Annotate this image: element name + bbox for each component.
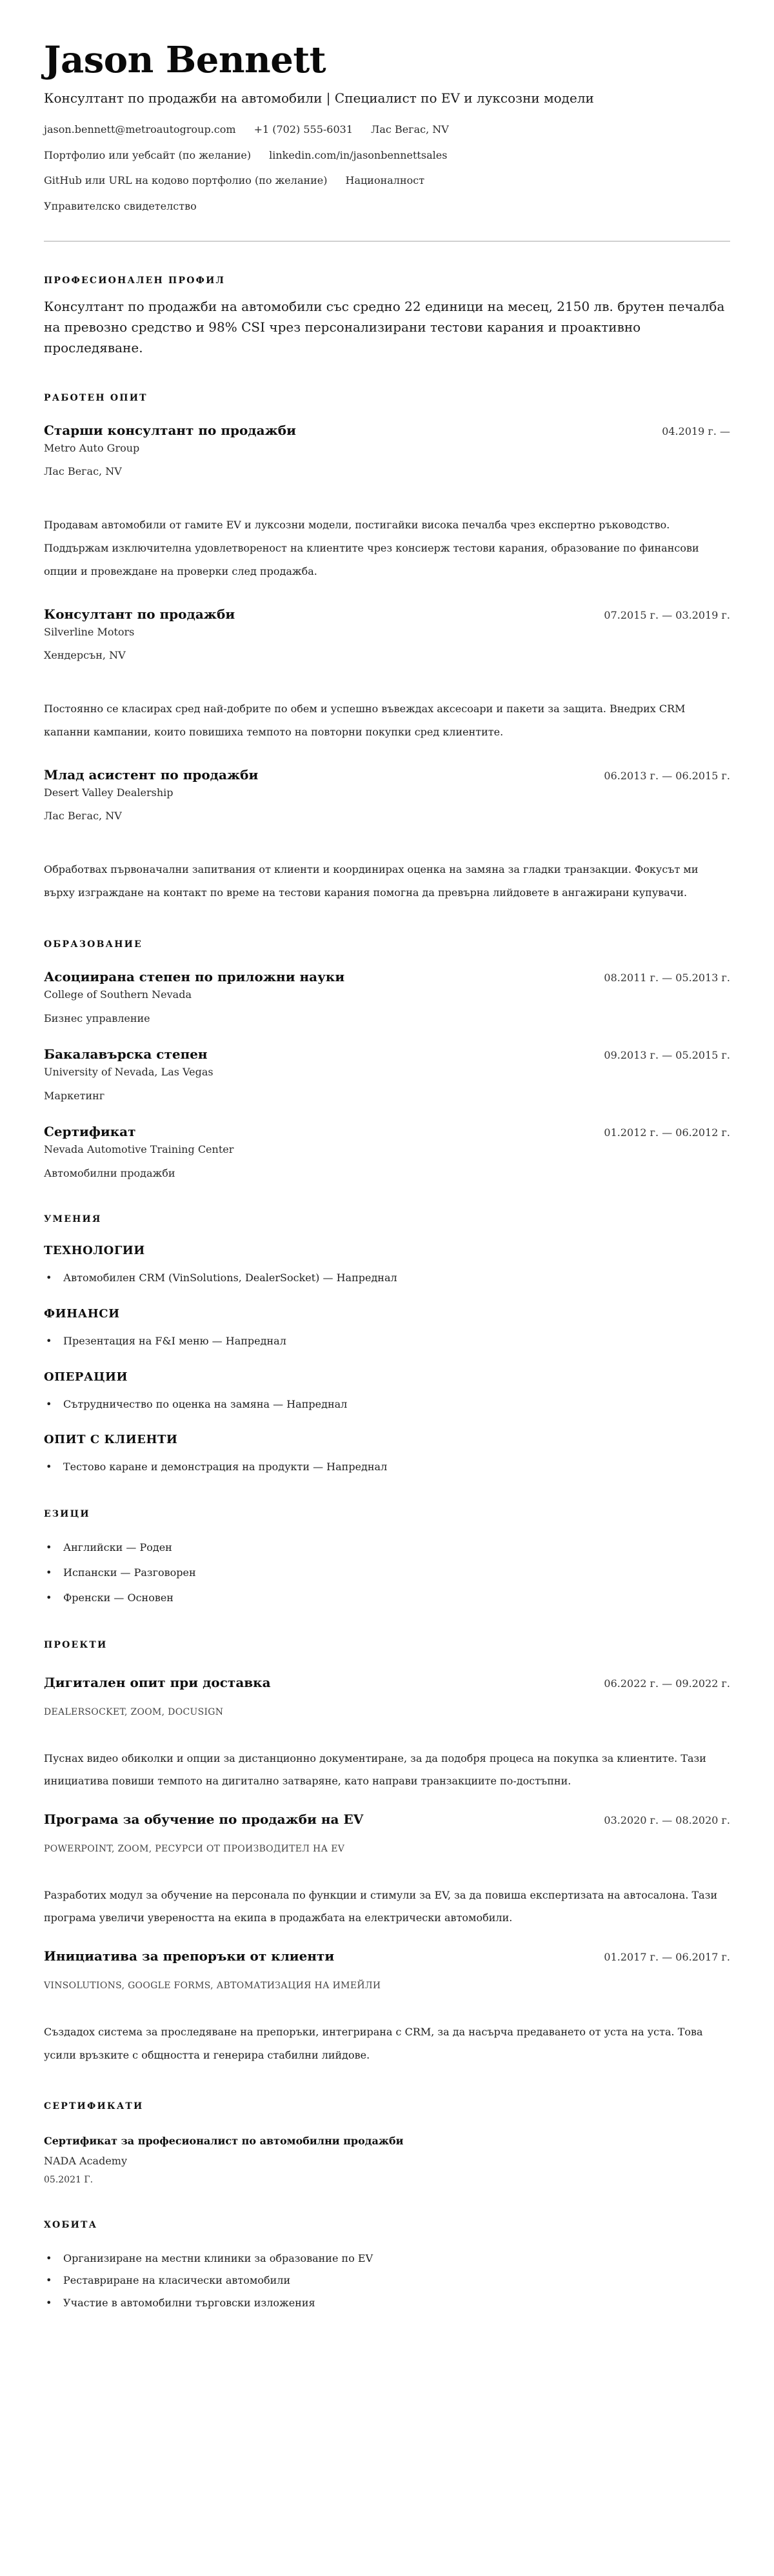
contact-link[interactable]: jason.bennett@metroautogroup.com	[44, 123, 236, 135]
section-title-hobbies: Хобита	[44, 2220, 730, 2230]
hobby-item: Реставриране на класически автомобили	[44, 2274, 730, 2288]
contact-item: Управителско свидетелство	[44, 200, 197, 212]
contact-item: Националност	[346, 174, 425, 186]
hobby-item: Участие в автомобилни търговски изложени…	[44, 2297, 730, 2310]
entry-header: Програма за обучение по продажби на EV03…	[44, 1812, 730, 1827]
skill-item: Автомобилен CRM (VinSolutions, DealerSoc…	[44, 1272, 730, 1285]
job-dates: 06.2013 г. — 06.2015 г.	[604, 770, 730, 782]
project-title: Програма за обучение по продажби на EV	[44, 1812, 363, 1827]
project-tech-stack: DealerSocket, Zoom, DocuSign	[44, 1707, 730, 1717]
degree-title: Сертификат	[44, 1124, 136, 1139]
work-entry: Старши консултант по продажби04.2019 г. …	[44, 423, 730, 583]
section-profile: Професионален профил Консултант по прода…	[44, 275, 730, 358]
work-entry: Консултант по продажби07.2015 г. — 03.20…	[44, 606, 730, 744]
education-entry: Сертификат01.2012 г. — 06.2012 г.Nevada …	[44, 1124, 730, 1179]
section-title-languages: Езици	[44, 1509, 730, 1519]
resume-page: Jason Bennett Консултант по продажби на …	[0, 0, 774, 2310]
education-dates: 01.2012 г. — 06.2012 г.	[604, 1126, 730, 1139]
language-item: Английски — Роден	[44, 1541, 730, 1555]
job-location: Хендерсън, NV	[44, 649, 730, 661]
project-description: Разработих модул за обучение на персонал…	[44, 1884, 730, 1929]
section-title-education: Образование	[44, 939, 730, 950]
education-entry: Асоциирана степен по приложни науки08.20…	[44, 969, 730, 1024]
project-tech-stack: VinSolutions, Google Forms, автоматизаци…	[44, 1981, 730, 1991]
section-title-certificates: Сертификати	[44, 2101, 730, 2112]
contact-row: GitHub или URL на кодово портфолио (по ж…	[44, 174, 730, 188]
entry-header: Инициатива за препоръки от клиенти01.201…	[44, 1948, 730, 1964]
institution: College of Southern Nevada	[44, 988, 730, 1001]
entry-header: Сертификат01.2012 г. — 06.2012 г.	[44, 1124, 730, 1139]
job-description: Постоянно се класирах сред най-добрите п…	[44, 697, 730, 744]
skill-item: Сътрудничество по оценка на замяна — Нап…	[44, 1398, 730, 1412]
project-dates: 03.2020 г. — 08.2020 г.	[604, 1814, 730, 1826]
skill-list: Сътрудничество по оценка на замяна — Нап…	[44, 1398, 730, 1412]
project-title: Инициатива за препоръки от клиенти	[44, 1948, 334, 1964]
job-title: Млад асистент по продажби	[44, 767, 258, 783]
skill-list: Презентация на F&I меню — Напреднал	[44, 1335, 730, 1348]
education-dates: 09.2013 г. — 05.2015 г.	[604, 1049, 730, 1061]
candidate-headline: Консултант по продажби на автомобили | С…	[44, 90, 730, 106]
section-languages: Езици Английски — РоденИспански — Разгов…	[44, 1509, 730, 1604]
skill-group-title: Финанси	[44, 1307, 730, 1321]
contact-row: Портфолио или уебсайт (по желание)linked…	[44, 149, 730, 163]
language-item: Френски — Основен	[44, 1592, 730, 1605]
profile-summary: Консултант по продажби на автомобили със…	[44, 296, 730, 358]
section-title-work: Работен опит	[44, 393, 730, 403]
job-dates: 07.2015 г. — 03.2019 г.	[604, 609, 730, 621]
contact-item: Лас Вегас, NV	[371, 123, 449, 135]
skill-list: Автомобилен CRM (VinSolutions, DealerSoc…	[44, 1272, 730, 1285]
degree-title: Бакалавърска степен	[44, 1046, 208, 1062]
section-projects: Проекти Дигитален опит при доставка06.20…	[44, 1640, 730, 2066]
employer: Desert Valley Dealership	[44, 786, 730, 799]
project-dates: 06.2022 г. — 09.2022 г.	[604, 1677, 730, 1690]
entry-header: Старши консултант по продажби04.2019 г. …	[44, 423, 730, 438]
institution: University of Nevada, Las Vegas	[44, 1066, 730, 1078]
contact-link[interactable]: linkedin.com/in/jasonbennettsales	[269, 149, 447, 161]
section-education: Образование Асоциирана степен по приложн…	[44, 939, 730, 1179]
certificate-entry: Сертификат за професионалист по автомоби…	[44, 2135, 730, 2185]
skill-item: Тестово каране и демонстрация на продукт…	[44, 1461, 730, 1474]
entry-header: Асоциирана степен по приложни науки08.20…	[44, 969, 730, 984]
project-tech-stack: PowerPoint, Zoom, ресурси от производите…	[44, 1844, 730, 1854]
hobby-item: Организиране на местни клиники за образо…	[44, 2252, 730, 2266]
project-dates: 01.2017 г. — 06.2017 г.	[604, 1951, 730, 1963]
contact-info: jason.bennett@metroautogroup.com+1 (702)…	[44, 123, 730, 214]
section-title-projects: Проекти	[44, 1640, 730, 1650]
skill-group-title: Технологии	[44, 1244, 730, 1257]
skill-item: Презентация на F&I меню — Напреднал	[44, 1335, 730, 1348]
header-divider	[44, 241, 730, 242]
education-entry: Бакалавърска степен09.2013 г. — 05.2015 …	[44, 1046, 730, 1102]
education-dates: 08.2011 г. — 05.2013 г.	[604, 972, 730, 984]
contact-row: Управителско свидетелство	[44, 200, 730, 214]
skill-list: Тестово каране и демонстрация на продукт…	[44, 1461, 730, 1474]
job-location: Лас Вегас, NV	[44, 465, 730, 477]
certificate-date: 05.2021 г.	[44, 2175, 730, 2185]
resume-header: Jason Bennett Консултант по продажби на …	[44, 41, 730, 214]
project-entry: Дигитален опит при доставка06.2022 г. — …	[44, 1675, 730, 1792]
contact-item: Портфолио или уебсайт (по желание)	[44, 149, 251, 161]
section-hobbies: Хобита Организиране на местни клиники за…	[44, 2220, 730, 2310]
field-of-study: Маркетинг	[44, 1090, 730, 1102]
section-title-skills: Умения	[44, 1214, 730, 1224]
skill-group-title: Опит с клиенти	[44, 1433, 730, 1446]
institution: Nevada Automotive Training Center	[44, 1143, 730, 1155]
job-location: Лас Вегас, NV	[44, 810, 730, 822]
certificate-title: Сертификат за професионалист по автомоби…	[44, 2135, 730, 2147]
candidate-name: Jason Bennett	[44, 41, 730, 79]
project-description: Създадох система за проследяване на преп…	[44, 2021, 730, 2066]
job-description: Продавам автомобили от гамите EV и луксо…	[44, 514, 730, 583]
contact-item: GitHub или URL на кодово портфолио (по ж…	[44, 174, 328, 186]
job-description: Обработвах първоначални запитвания от кл…	[44, 858, 730, 904]
section-certificates: Сертификати Сертификат за професионалист…	[44, 2101, 730, 2185]
certificate-issuer: NADA Academy	[44, 2155, 730, 2167]
field-of-study: Бизнес управление	[44, 1012, 730, 1024]
field-of-study: Автомобилни продажби	[44, 1167, 730, 1179]
project-title: Дигитален опит при доставка	[44, 1675, 271, 1690]
language-list: Английски — РоденИспански — РазговоренФр…	[44, 1541, 730, 1604]
degree-title: Асоциирана степен по приложни науки	[44, 969, 344, 984]
contact-row: jason.bennett@metroautogroup.com+1 (702)…	[44, 123, 730, 137]
section-skills: Умения ТехнологииАвтомобилен CRM (VinSol…	[44, 1214, 730, 1474]
job-title: Консултант по продажби	[44, 606, 235, 622]
project-entry: Инициатива за препоръки от клиенти01.201…	[44, 1948, 730, 2066]
section-title-profile: Професионален профил	[44, 275, 730, 286]
contact-link[interactable]: +1 (702) 555-6031	[254, 123, 353, 135]
entry-header: Консултант по продажби07.2015 г. — 03.20…	[44, 606, 730, 622]
employer: Metro Auto Group	[44, 442, 730, 454]
job-title: Старши консултант по продажби	[44, 423, 296, 438]
skill-group-title: Операции	[44, 1370, 730, 1384]
section-work-experience: Работен опит Старши консултант по продаж…	[44, 393, 730, 904]
entry-header: Млад асистент по продажби06.2013 г. — 06…	[44, 767, 730, 783]
project-description: Пуснах видео обиколки и опции за дистанц…	[44, 1747, 730, 1792]
language-item: Испански — Разговорен	[44, 1566, 730, 1580]
job-dates: 04.2019 г. —	[662, 425, 730, 437]
project-entry: Програма за обучение по продажби на EV03…	[44, 1812, 730, 1929]
work-entry: Млад асистент по продажби06.2013 г. — 06…	[44, 767, 730, 904]
entry-header: Дигитален опит при доставка06.2022 г. — …	[44, 1675, 730, 1690]
hobby-list: Организиране на местни клиники за образо…	[44, 2252, 730, 2310]
employer: Silverline Motors	[44, 626, 730, 638]
entry-header: Бакалавърска степен09.2013 г. — 05.2015 …	[44, 1046, 730, 1062]
